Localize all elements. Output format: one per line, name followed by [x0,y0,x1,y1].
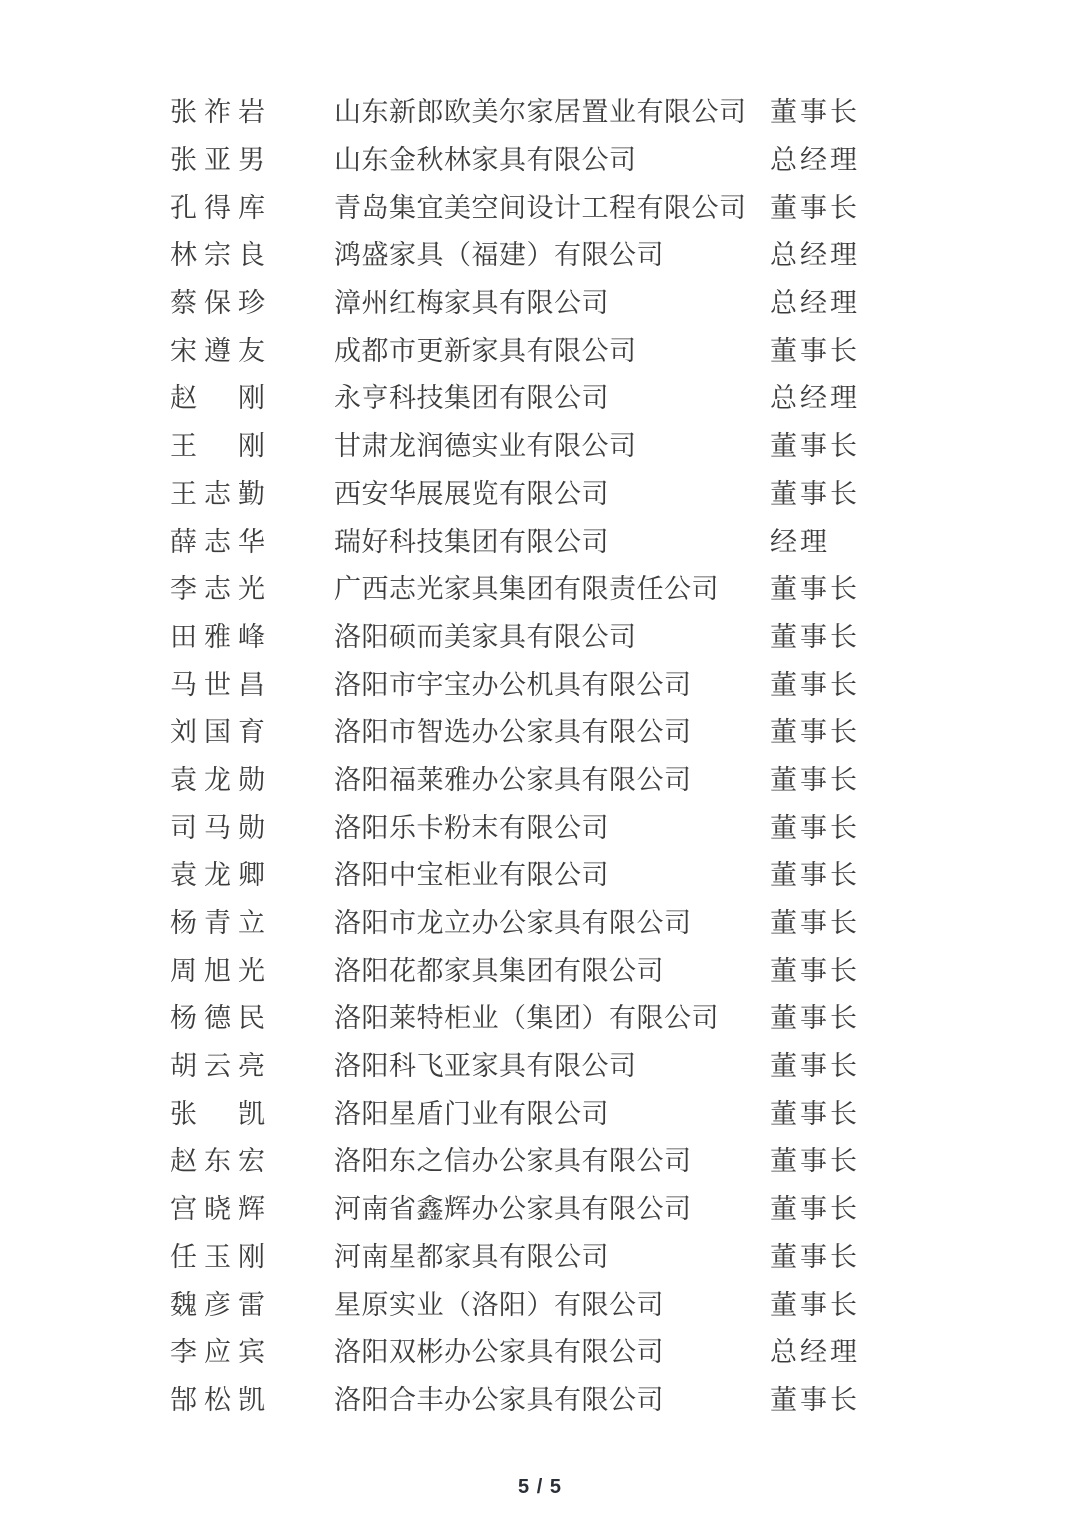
company-cell: 洛阳中宝柜业有限公司 [334,853,770,892]
name-cell: 魏彦雷 [170,1283,334,1322]
title-cell: 经理 [770,520,830,559]
table-row: 刘国育洛阳市智选办公家具有限公司董事长 [0,706,1080,754]
company-cell: 成都市更新家具有限公司 [334,329,770,368]
title-cell: 董事长 [770,1044,860,1083]
title-cell: 董事长 [770,1378,860,1417]
table-row: 李志光广西志光家具集团有限责任公司董事长 [0,563,1080,611]
company-cell: 洛阳合丰办公家具有限公司 [334,1378,770,1417]
title-cell: 董事长 [770,1092,860,1131]
title-cell: 总经理 [770,233,860,272]
table-row: 赵东宏洛阳东之信办公家具有限公司董事长 [0,1135,1080,1183]
name-cell: 蔡保珍 [170,281,334,320]
name-cell: 赵东宏 [170,1139,334,1178]
company-cell: 漳州红梅家具有限公司 [334,281,770,320]
title-cell: 董事长 [770,758,860,797]
table-row: 杨德民洛阳莱特柜业（集团）有限公司董事长 [0,992,1080,1040]
name-cell: 孔得库 [170,186,334,225]
title-cell: 董事长 [770,329,860,368]
company-cell: 山东新郎欧美尔家居置业有限公司 [334,90,770,129]
page-number: 5 / 5 [0,1476,1080,1499]
name-cell: 薛志华 [170,520,334,559]
table-row: 宫晓辉河南省鑫辉办公家具有限公司董事长 [0,1183,1080,1231]
title-cell: 董事长 [770,949,860,988]
title-cell: 董事长 [770,901,860,940]
title-cell: 董事长 [770,996,860,1035]
table-row: 林宗良鸿盛家具（福建）有限公司总经理 [0,229,1080,277]
table-row: 杨青立洛阳市龙立办公家具有限公司董事长 [0,897,1080,945]
title-cell: 总经理 [770,1330,860,1369]
company-cell: 甘肃龙润德实业有限公司 [334,424,770,463]
company-cell: 永亨科技集团有限公司 [334,376,770,415]
title-cell: 董事长 [770,1187,860,1226]
title-cell: 总经理 [770,281,860,320]
name-cell: 袁龙勋 [170,758,334,797]
name-cell: 刘国育 [170,710,334,749]
name-cell: 李应宾 [170,1330,334,1369]
title-cell: 董事长 [770,853,860,892]
attendee-table: 张祚岩山东新郎欧美尔家居置业有限公司董事长张亚男山东金秋林家具有限公司总经理孔得… [0,86,1080,1421]
name-cell: 王 刚 [170,424,334,463]
company-cell: 洛阳市龙立办公家具有限公司 [334,901,770,940]
title-cell: 董事长 [770,567,860,606]
company-cell: 山东金秋林家具有限公司 [334,138,770,177]
name-cell: 田雅峰 [170,615,334,654]
title-cell: 董事长 [770,1283,860,1322]
company-cell: 青岛集宜美空间设计工程有限公司 [334,186,770,225]
title-cell: 总经理 [770,376,860,415]
company-cell: 洛阳花都家具集团有限公司 [334,949,770,988]
table-row: 马世昌洛阳市宇宝办公机具有限公司董事长 [0,658,1080,706]
table-row: 胡云亮洛阳科飞亚家具有限公司董事长 [0,1040,1080,1088]
title-cell: 董事长 [770,472,860,511]
company-cell: 洛阳莱特柜业（集团）有限公司 [334,996,770,1035]
company-cell: 洛阳乐卡粉末有限公司 [334,806,770,845]
table-row: 司马勋洛阳乐卡粉末有限公司董事长 [0,801,1080,849]
title-cell: 董事长 [770,710,860,749]
name-cell: 郜松凯 [170,1378,334,1417]
company-cell: 河南星都家具有限公司 [334,1235,770,1274]
table-row: 王志勤西安华展展览有限公司董事长 [0,468,1080,516]
table-row: 任玉刚河南星都家具有限公司董事长 [0,1231,1080,1279]
name-cell: 宋遵友 [170,329,334,368]
table-row: 郜松凯洛阳合丰办公家具有限公司董事长 [0,1374,1080,1422]
company-cell: 瑞好科技集团有限公司 [334,520,770,559]
name-cell: 李志光 [170,567,334,606]
company-cell: 洛阳东之信办公家具有限公司 [334,1139,770,1178]
table-row: 魏彦雷星原实业（洛阳）有限公司董事长 [0,1278,1080,1326]
name-cell: 任玉刚 [170,1235,334,1274]
name-cell: 王志勤 [170,472,334,511]
title-cell: 总经理 [770,138,860,177]
company-cell: 鸿盛家具（福建）有限公司 [334,233,770,272]
company-cell: 洛阳双彬办公家具有限公司 [334,1330,770,1369]
table-row: 袁龙勋洛阳福莱雅办公家具有限公司董事长 [0,754,1080,802]
table-row: 蔡保珍漳州红梅家具有限公司总经理 [0,277,1080,325]
name-cell: 张亚男 [170,138,334,177]
company-cell: 河南省鑫辉办公家具有限公司 [334,1187,770,1226]
name-cell: 林宗良 [170,233,334,272]
table-row: 宋遵友成都市更新家具有限公司董事长 [0,324,1080,372]
name-cell: 宫晓辉 [170,1187,334,1226]
table-row: 张亚男山东金秋林家具有限公司总经理 [0,134,1080,182]
company-cell: 洛阳市宇宝办公机具有限公司 [334,663,770,702]
company-cell: 洛阳科飞亚家具有限公司 [334,1044,770,1083]
title-cell: 董事长 [770,1139,860,1178]
title-cell: 董事长 [770,90,860,129]
document-page: 张祚岩山东新郎欧美尔家居置业有限公司董事长张亚男山东金秋林家具有限公司总经理孔得… [0,0,1080,1532]
name-cell: 司马勋 [170,806,334,845]
company-cell: 广西志光家具集团有限责任公司 [334,567,770,606]
company-cell: 洛阳星盾门业有限公司 [334,1092,770,1131]
table-row: 孔得库青岛集宜美空间设计工程有限公司董事长 [0,181,1080,229]
title-cell: 董事长 [770,186,860,225]
name-cell: 张 凯 [170,1092,334,1131]
table-row: 王 刚甘肃龙润德实业有限公司董事长 [0,420,1080,468]
title-cell: 董事长 [770,615,860,654]
title-cell: 董事长 [770,1235,860,1274]
name-cell: 周旭光 [170,949,334,988]
company-cell: 洛阳市智选办公家具有限公司 [334,710,770,749]
name-cell: 杨德民 [170,996,334,1035]
name-cell: 张祚岩 [170,90,334,129]
company-cell: 西安华展展览有限公司 [334,472,770,511]
company-cell: 星原实业（洛阳）有限公司 [334,1283,770,1322]
table-row: 张 凯洛阳星盾门业有限公司董事长 [0,1087,1080,1135]
table-row: 田雅峰洛阳硕而美家具有限公司董事长 [0,611,1080,659]
title-cell: 董事长 [770,806,860,845]
table-row: 赵 刚永亨科技集团有限公司总经理 [0,372,1080,420]
company-cell: 洛阳福莱雅办公家具有限公司 [334,758,770,797]
title-cell: 董事长 [770,424,860,463]
table-row: 李应宾洛阳双彬办公家具有限公司总经理 [0,1326,1080,1374]
name-cell: 马世昌 [170,663,334,702]
company-cell: 洛阳硕而美家具有限公司 [334,615,770,654]
table-row: 周旭光洛阳花都家具集团有限公司董事长 [0,944,1080,992]
name-cell: 胡云亮 [170,1044,334,1083]
name-cell: 袁龙卿 [170,853,334,892]
name-cell: 赵 刚 [170,376,334,415]
table-row: 袁龙卿洛阳中宝柜业有限公司董事长 [0,849,1080,897]
name-cell: 杨青立 [170,901,334,940]
table-row: 张祚岩山东新郎欧美尔家居置业有限公司董事长 [0,86,1080,134]
table-row: 薛志华瑞好科技集团有限公司经理 [0,515,1080,563]
title-cell: 董事长 [770,663,860,702]
